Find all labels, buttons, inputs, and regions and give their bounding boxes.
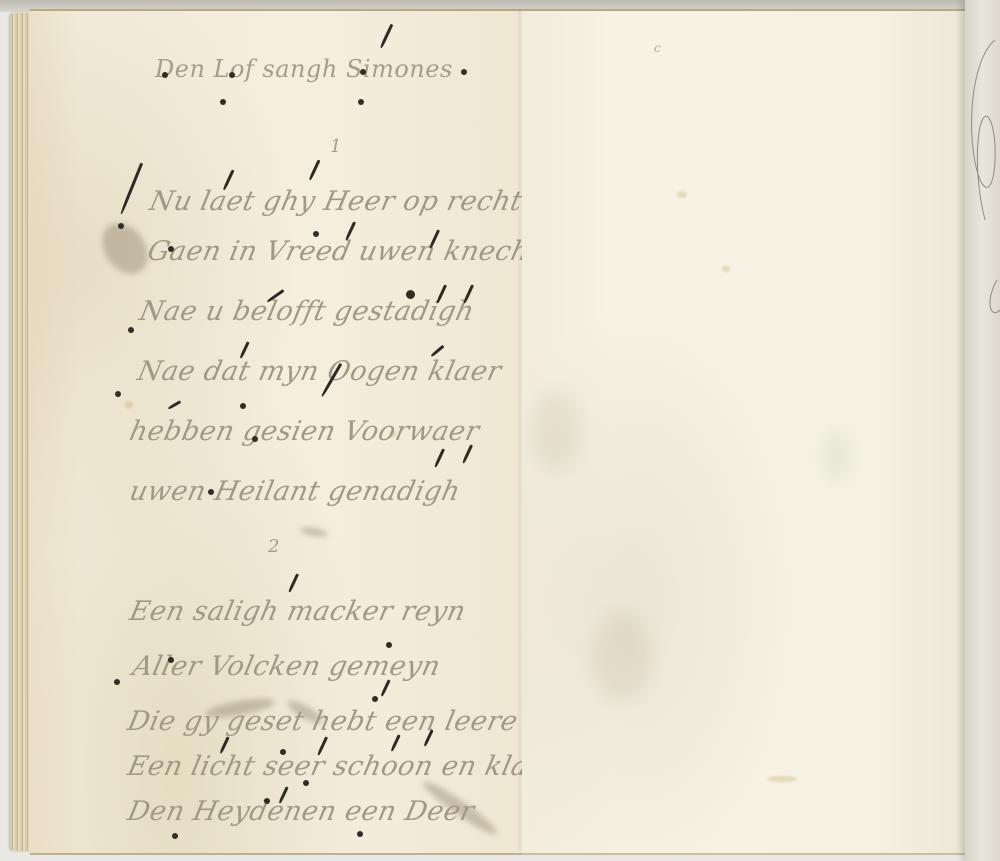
verse-line: Gaen in Vreed uwen knecht — [145, 236, 544, 267]
ink-dot — [208, 489, 214, 495]
ink-dot — [128, 327, 134, 333]
next-leaf-edge — [965, 0, 1000, 861]
verse-line: Nu laet ghy Heer op recht — [147, 186, 526, 217]
ink-dot — [406, 290, 415, 299]
show-through-stain — [592, 611, 652, 701]
ink-dot — [280, 749, 286, 755]
ink-dot — [114, 679, 120, 685]
verse-line: Een saligh macker reyn — [127, 596, 469, 627]
ink-dot — [303, 780, 309, 786]
swirl-flourish-icon — [965, 20, 1000, 320]
show-through-stain — [822, 431, 852, 481]
ink-dot — [461, 69, 467, 75]
ink-dot — [264, 798, 270, 804]
foxing-spot — [677, 191, 687, 198]
ink-dot — [168, 657, 174, 663]
open-book: Den Lof sangh Simones 1 Nu laet ghy Heer… — [10, 9, 965, 854]
verse-line: Die gy geset hebt een leere — [125, 706, 521, 737]
verse-line: hebben gesien Voorwaer — [127, 416, 483, 447]
ink-dot — [358, 99, 364, 105]
ink-dot — [357, 831, 363, 837]
manuscript-text: Den Lof sangh Simones 1 Nu laet ghy Heer… — [30, 11, 522, 853]
ink-dot — [118, 223, 124, 229]
ink-dot — [360, 69, 366, 75]
left-page: Den Lof sangh Simones 1 Nu laet ghy Heer… — [30, 9, 522, 855]
foxing-spot — [722, 266, 730, 272]
verse-line: Een licht seer schoon en klaer — [125, 751, 562, 782]
verse-line: uwen Heilant genadigh — [127, 476, 464, 507]
stanza-number: 1 — [330, 136, 342, 157]
show-through-stain — [532, 391, 582, 471]
page-mark: c — [654, 41, 661, 55]
foxing-spot — [767, 776, 797, 782]
verse-line: Aller Volcken gemeyn — [130, 651, 444, 682]
ink-dot — [115, 391, 121, 397]
ink-dot — [168, 246, 174, 252]
ink-dot — [220, 99, 226, 105]
song-title: Den Lof sangh Simones — [155, 55, 453, 83]
ink-dot — [252, 436, 258, 442]
ink-dot — [172, 833, 178, 839]
ink-dot — [229, 72, 235, 78]
right-page: c — [522, 9, 965, 855]
verse-line: Nae u belofft gestadigh — [137, 296, 478, 327]
ink-dot — [313, 231, 319, 237]
ink-dot — [386, 642, 392, 648]
ink-dot — [240, 403, 246, 409]
ink-dot — [162, 72, 168, 78]
verse-line: Den Heydenen een Deer — [125, 796, 478, 827]
verse-line: Nae dat myn Oogen klaer — [135, 356, 505, 387]
ink-dot — [372, 696, 378, 702]
stanza-number: 2 — [268, 536, 280, 557]
